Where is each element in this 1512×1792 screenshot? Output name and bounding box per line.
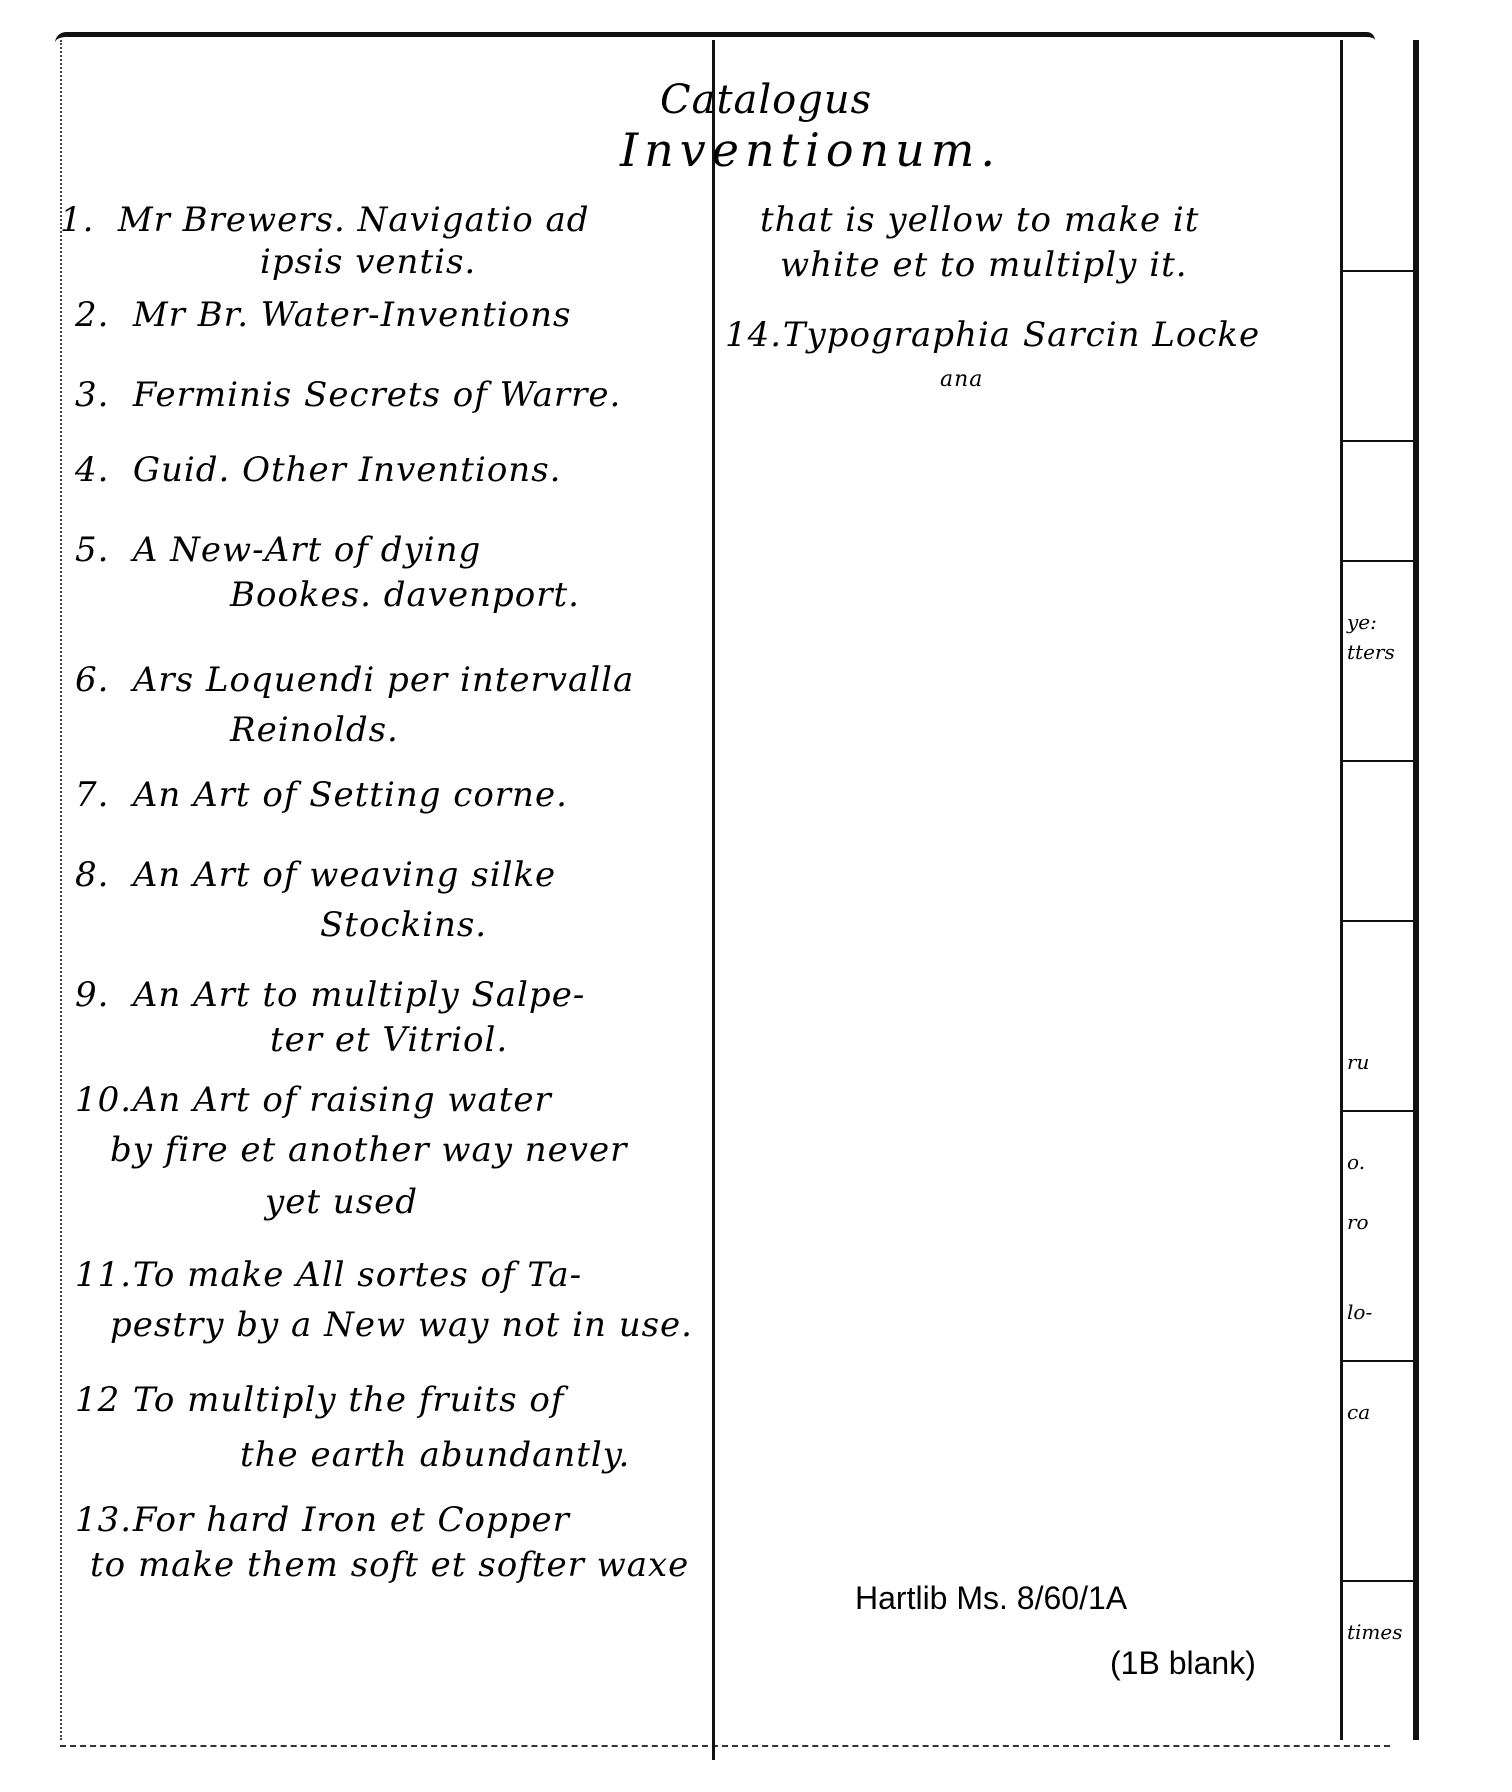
entry-12: 12 To multiply the fruits of [75, 1380, 564, 1420]
column-divider [712, 40, 715, 1760]
entry-8-cont: Stockins. [320, 905, 487, 945]
entry-4: 4. Guid. Other Inventions. [75, 450, 561, 490]
margin-fragment: lo- [1347, 1300, 1372, 1324]
entry-9: 9. An Art to multiply Salpe- [75, 975, 585, 1015]
margin-rule [1343, 760, 1413, 762]
right-margin-strip: ye: tters ru o. ro lo- ca times [1340, 40, 1419, 1740]
margin-rule [1343, 1580, 1413, 1582]
margin-fragment: ca [1347, 1400, 1370, 1424]
margin-rule [1343, 560, 1413, 562]
page-left-edge [60, 40, 64, 1740]
entry-7: 7. An Art of Setting corne. [75, 775, 568, 815]
margin-fragment: ru [1347, 1050, 1369, 1074]
entry-6: 6. Ars Loquendi per intervalla [75, 660, 634, 700]
margin-fragment: ro [1347, 1210, 1369, 1234]
margin-rule [1343, 920, 1413, 922]
entry-1-cont: ipsis ventis. [160, 242, 476, 282]
entry-6-cont: Reinolds. [230, 710, 399, 750]
margin-fragment: ye: [1347, 610, 1377, 634]
entry-5-cont: Bookes. davenport. [230, 575, 580, 615]
entry-13-right: that is yellow to make it [760, 200, 1199, 240]
margin-fragment: o. [1347, 1150, 1365, 1174]
page-top-edge [55, 32, 1375, 43]
archive-note: (1B blank) [1110, 1645, 1256, 1682]
entry-8: 8. An Art of weaving silke [75, 855, 556, 895]
entry-14-cont: ana [940, 360, 983, 400]
entry-11-cont: pestry by a New way not in use. [110, 1305, 693, 1345]
entry-10: 10. An Art of raising water [75, 1080, 552, 1120]
entry-11: 11. To make All sortes of Ta- [75, 1255, 582, 1295]
title-line-1: Catalogus [660, 80, 872, 120]
entry-13: 13. For hard Iron et Copper [75, 1500, 570, 1540]
entry-13-right-cont: white et to multiply it. [780, 245, 1188, 285]
entry-3: 3. Ferminis Secrets of Warre. [75, 375, 621, 415]
entry-1: 1. Mr Brewers. Navigatio ad [60, 200, 590, 240]
margin-rule [1343, 440, 1413, 442]
margin-fragment: tters [1347, 640, 1395, 664]
margin-rule [1343, 270, 1413, 272]
page-bottom-edge [60, 1745, 1390, 1749]
entry-10-cont: by fire et another way never [110, 1130, 627, 1170]
entry-13-cont: to make them soft et softer waxe [90, 1545, 689, 1585]
entry-2: 2. Mr Br. Water-Inventions [75, 295, 572, 335]
entry-12-cont: the earth abundantly. [240, 1435, 630, 1475]
entry-9-cont: ter et Vitriol. [270, 1020, 508, 1060]
entry-14: 14. Typographia Sarcin Locke [725, 315, 1260, 355]
entry-5: 5. A New-Art of dying [75, 530, 481, 570]
title-line-2: Inventionum. [620, 130, 1001, 170]
archive-reference: Hartlib Ms. 8/60/1A [855, 1580, 1127, 1617]
margin-rule [1343, 1110, 1413, 1112]
entry-10-cont2: yet used [265, 1182, 418, 1222]
margin-rule [1343, 1360, 1413, 1362]
margin-fragment: times [1347, 1620, 1403, 1644]
